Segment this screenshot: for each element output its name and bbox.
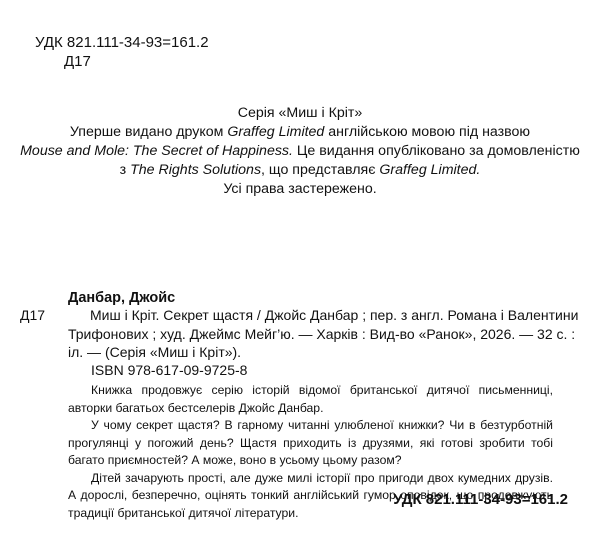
series-line: Серія «Миш і Кріт»	[0, 104, 600, 123]
bib-line-2: Трифонових ; худ. Джеймс Мейг’ю. — Харкі…	[68, 326, 575, 342]
annotation-paragraph: У чому секрет щастя? В гарному читанні у…	[68, 417, 553, 470]
original-title-line: Mouse and Mole: The Secret of Happiness.…	[0, 142, 600, 161]
bib-line-1: Миш і Кріт. Секрет щастя / Джойс Данбар …	[90, 307, 578, 323]
annotation-paragraph: Книжка продовжує серію історій відомої б…	[68, 382, 553, 417]
udk-code-bottom: УДК 821.111-34-93=161.2	[393, 491, 568, 508]
udk-code-top: УДК 821.111-34-93=161.2	[35, 34, 209, 51]
catalog-author: Данбар, Джойс	[68, 290, 175, 306]
bib-line-3: іл. — (Серія «Миш і Кріт»).	[68, 344, 241, 360]
author-code-top: Д17	[64, 53, 91, 70]
imprint-block: Серія «Миш і Кріт» Уперше видано друком …	[0, 104, 600, 199]
rights-line: Усі права застережено.	[0, 180, 600, 199]
agent-line: з The Rights Solutions, що представляє G…	[0, 161, 600, 180]
catalog-code: Д17	[20, 307, 45, 323]
isbn: ISBN 978-617-09-9725-8	[91, 362, 247, 378]
first-published-line: Уперше видано друком Graffeg Limited анг…	[0, 123, 600, 142]
